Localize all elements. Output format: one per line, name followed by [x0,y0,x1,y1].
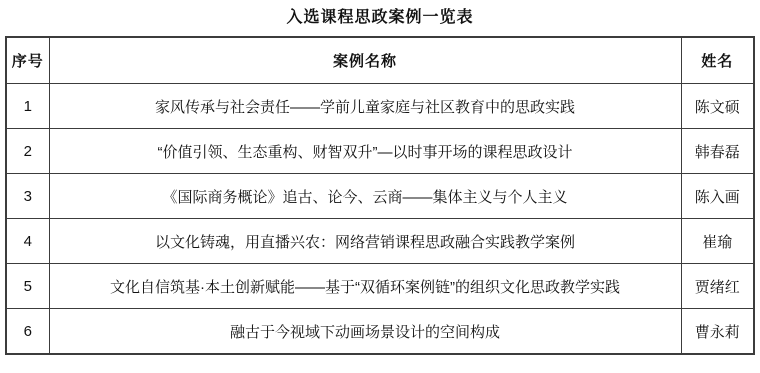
table-row: 1 家风传承与社会责任——学前儿童家庭与社区教育中的思政实践 陈文硕 [6,84,754,129]
case-title-cell: 文化自信筑基·本土创新赋能——基于“双循环案例链”的组织文化思政教学实践 [49,264,681,309]
case-title-cell: 《国际商务概论》追古、论今、云商——集体主义与个人主义 [49,174,681,219]
seq-cell: 3 [6,174,49,219]
table-row: 5 文化自信筑基·本土创新赋能——基于“双循环案例链”的组织文化思政教学实践 贾… [6,264,754,309]
name-cell: 陈文硕 [681,84,754,129]
table-row: 2 “价值引领、生态重构、财智双升”—以时事开场的课程思政设计 韩春磊 [6,129,754,174]
name-cell: 陈入画 [681,174,754,219]
seq-cell: 5 [6,264,49,309]
table-body: 1 家风传承与社会责任——学前儿童家庭与社区教育中的思政实践 陈文硕 2 “价值… [6,84,754,355]
case-title-cell: 以文化铸魂，用直播兴农：网络营销课程思政融合实践教学案例 [49,219,681,264]
table-header: 序号 案例名称 姓名 [6,37,754,84]
name-cell: 贾绪红 [681,264,754,309]
name-cell: 崔瑜 [681,219,754,264]
seq-cell: 2 [6,129,49,174]
page-title: 入选课程思政案例一览表 [0,0,760,31]
case-title-cell: “价值引领、生态重构、财智双升”—以时事开场的课程思政设计 [49,129,681,174]
seq-cell: 1 [6,84,49,129]
header-name: 姓名 [681,37,754,84]
header-seq: 序号 [6,37,49,84]
table-row: 4 以文化铸魂，用直播兴农：网络营销课程思政融合实践教学案例 崔瑜 [6,219,754,264]
header-case-title: 案例名称 [49,37,681,84]
name-cell: 韩春磊 [681,129,754,174]
table-row: 3 《国际商务概论》追古、论今、云商——集体主义与个人主义 陈入画 [6,174,754,219]
header-row: 序号 案例名称 姓名 [6,37,754,84]
cases-table: 序号 案例名称 姓名 1 家风传承与社会责任——学前儿童家庭与社区教育中的思政实… [5,36,755,355]
seq-cell: 6 [6,309,49,355]
case-title-cell: 家风传承与社会责任——学前儿童家庭与社区教育中的思政实践 [49,84,681,129]
table-row: 6 融古于今视域下动画场景设计的空间构成 曹永莉 [6,309,754,355]
name-cell: 曹永莉 [681,309,754,355]
case-title-cell: 融古于今视域下动画场景设计的空间构成 [49,309,681,355]
seq-cell: 4 [6,219,49,264]
